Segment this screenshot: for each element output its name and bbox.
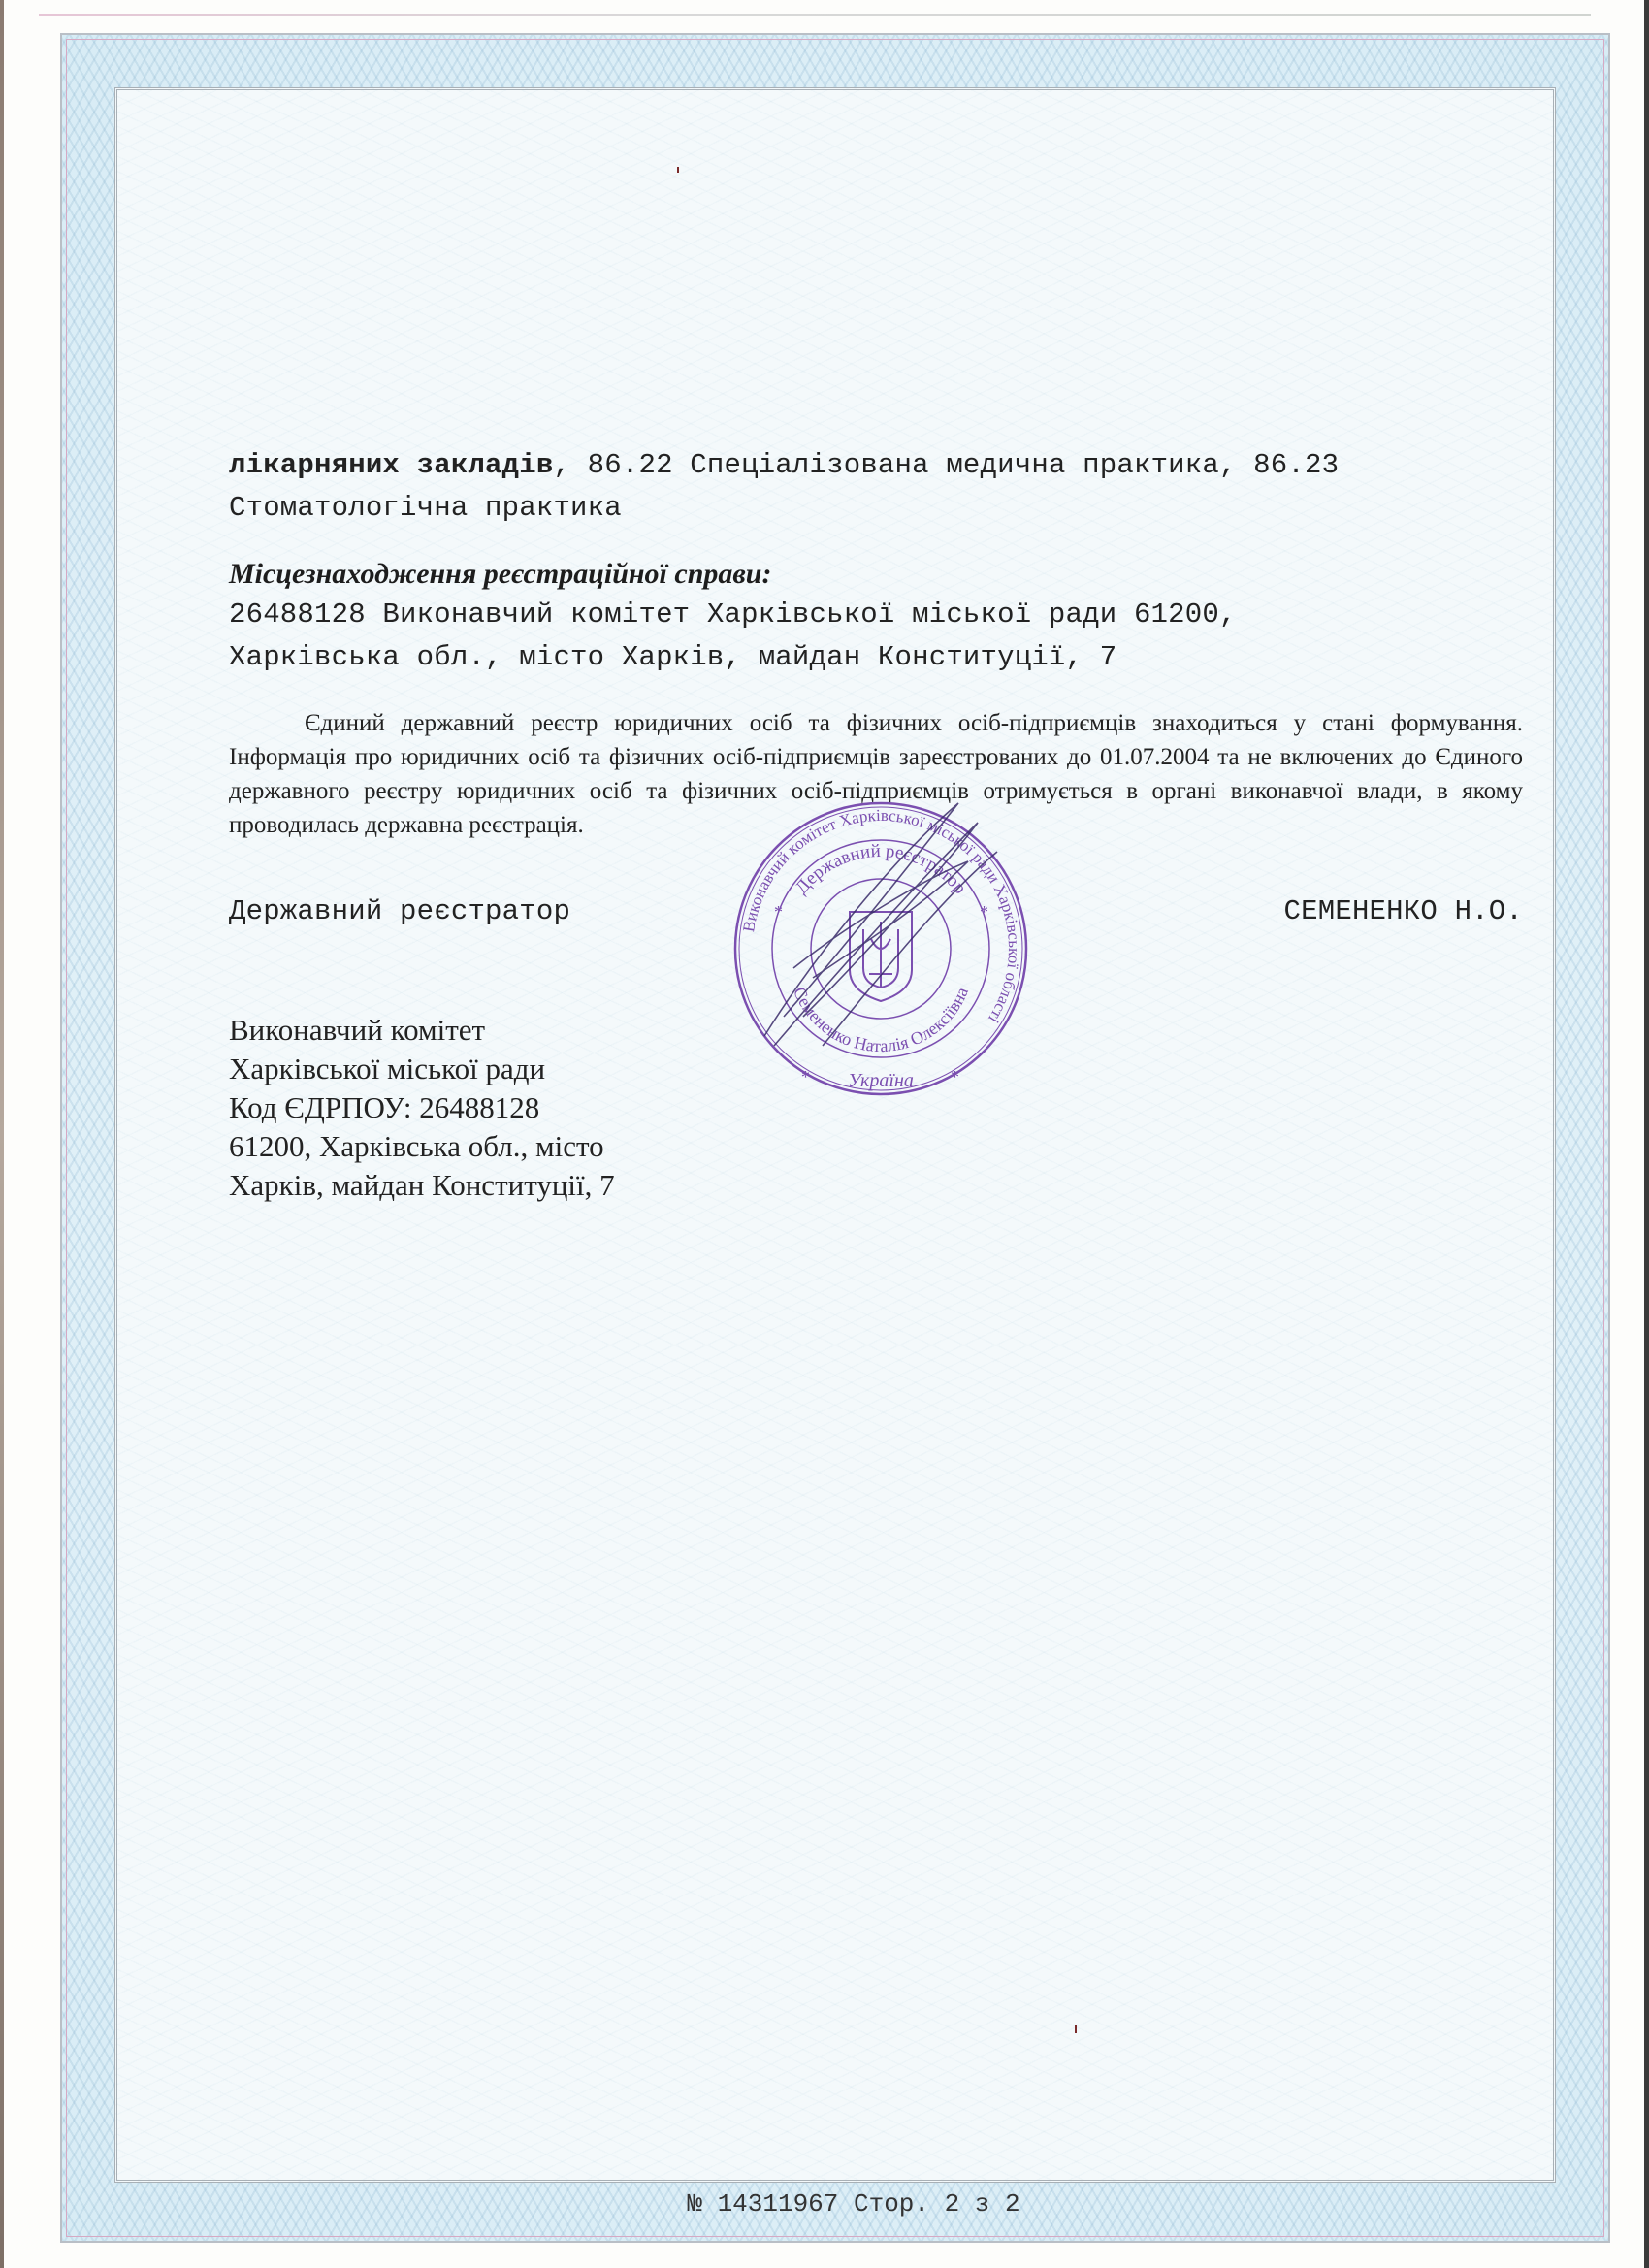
stamp-inner-top-text: Державний реєстратор xyxy=(792,841,970,898)
scan-speck xyxy=(677,167,679,173)
issuer-line: Харків, майдан Конституції, 7 xyxy=(229,1166,615,1205)
issuer-line: Код ЄДРПОУ: 26488128 xyxy=(229,1088,615,1127)
registration-location-line-1: 26488128 Виконавчий комітет Харківської … xyxy=(229,594,1523,636)
registrar-name: СЕМЕНЕНКО Н.О. xyxy=(1284,891,1523,933)
stamp-star: * xyxy=(801,1067,810,1086)
document-body: лікарняних закладів, 86.22 Спеціалізован… xyxy=(229,444,1523,842)
registration-location: 26488128 Виконавчий комітет Харківської … xyxy=(229,594,1523,679)
stamp-star: * xyxy=(951,1067,959,1086)
issuer-line: Виконавчий комітет xyxy=(229,1011,615,1050)
scan-left-edge xyxy=(0,0,4,2268)
issuer-line: Харківської міської ради xyxy=(229,1050,615,1088)
activities-rest: , 86.22 Спеціалізована медична практика,… xyxy=(553,449,1339,481)
stamp-star: * xyxy=(980,902,988,922)
registration-location-line-2: Харківська обл., місто Харків, майдан Ко… xyxy=(229,636,1523,679)
top-rule xyxy=(39,14,1591,16)
issuer-block: Виконавчий комітет Харківської міської р… xyxy=(229,1011,615,1205)
activities-line-1: лікарняних закладів, 86.22 Спеціалізован… xyxy=(229,444,1523,487)
stamp-star: * xyxy=(774,902,783,922)
official-stamp: Виконавчий комітет Харківської міської р… xyxy=(726,794,1036,1104)
stamp-country-text: Україна xyxy=(848,1070,914,1091)
scan-speck xyxy=(1075,2025,1077,2033)
activities-continued: лікарняних закладів, 86.22 Спеціалізован… xyxy=(229,444,1523,530)
registration-location-heading: Місцезнаходження реєстраційної справи: xyxy=(229,555,1523,594)
page-footer: № 14311967 Стор. 2 з 2 xyxy=(0,2187,1649,2221)
registrar-role: Державний реєстратор xyxy=(229,891,570,933)
stamp-inner-bottom-text: Семененко Наталія Олексіївна xyxy=(790,984,972,1055)
activities-line-2: Стоматологічна практика xyxy=(229,487,1523,530)
activities-bold: лікарняних закладів xyxy=(229,449,553,481)
issuer-line: 61200, Харківська обл., місто xyxy=(229,1127,615,1166)
scan-right-edge xyxy=(1644,0,1649,2268)
